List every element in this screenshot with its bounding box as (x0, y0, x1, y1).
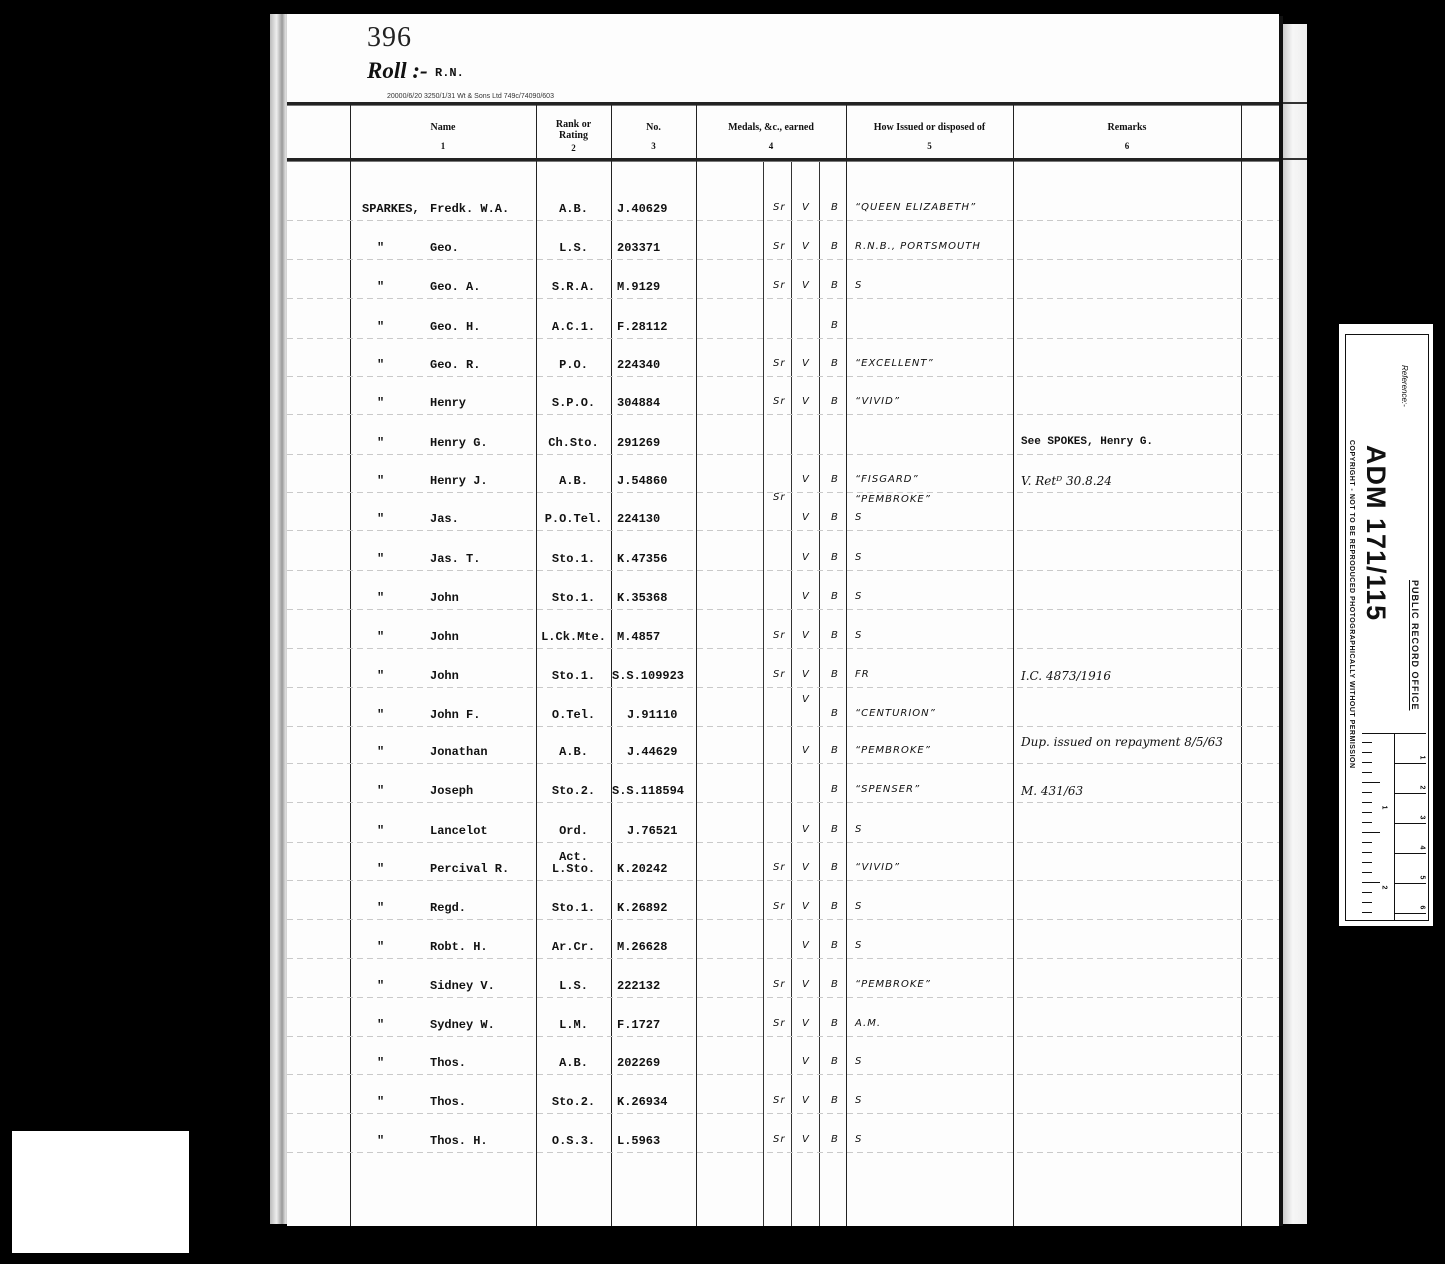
header-name: Name1 (350, 109, 536, 164)
given-name: Sydney W. (430, 1018, 495, 1032)
table-row: "JohnL.Ck.Mte.M.4857SrVBS (287, 630, 1279, 670)
ruled-line (287, 842, 1279, 843)
rank: S.R.A. (536, 280, 611, 294)
ditto-mark: " (377, 940, 384, 954)
ditto-mark: " (377, 708, 384, 722)
british-war-medal-mark: B (831, 320, 839, 331)
victory-medal-mark: V (802, 694, 810, 705)
service-number: K.47356 (617, 552, 667, 566)
how-issued: S (855, 940, 862, 951)
given-name: John (430, 669, 459, 683)
ruler-box: 3 (1395, 794, 1426, 824)
ditto-mark: " (377, 824, 384, 838)
victory-medal-mark: V (802, 979, 810, 990)
british-war-medal-mark: B (831, 512, 839, 523)
given-name: Lancelot (430, 824, 488, 838)
service-number: M.4857 (617, 630, 660, 644)
header-top-rule (287, 102, 1279, 106)
table-row: "HenryS.P.O.304884SrVB“Vivid” (287, 396, 1279, 436)
copyright-notice: COPYRIGHT - NOT TO BE REPRODUCED PHOTOGR… (1348, 440, 1355, 769)
star-medal-mark: Sr (773, 396, 785, 407)
table-row: "Thos. H.O.S.3.L.5963SrVBS (287, 1134, 1279, 1174)
rank: L.M. (536, 1018, 611, 1032)
british-war-medal-mark: B (831, 901, 839, 912)
star-medal-mark: Sr (773, 492, 785, 503)
rank-value: Sto.1. (552, 591, 595, 605)
star-medal-mark: Sr (773, 979, 785, 990)
ruled-line (287, 1074, 1279, 1075)
service-number: J.91110 (627, 708, 677, 722)
service-number: J.44629 (627, 745, 677, 759)
how-issued: S (855, 552, 862, 563)
british-war-medal-mark: B (831, 358, 839, 369)
british-war-medal-mark: B (831, 591, 839, 602)
rank-value: Ch.Sto. (548, 436, 598, 450)
next-page-edge (1283, 24, 1307, 1224)
rank-value: O.Tel. (552, 708, 595, 722)
ruled-line (287, 763, 1279, 764)
remarks: V. Retᴰ 30.8.24 (1021, 474, 1112, 489)
victory-medal-mark: V (802, 358, 810, 369)
given-name: Henry J. (430, 474, 488, 488)
table-row: "JonathanA.B.J.44629VB“Pembroke”Dup. iss… (287, 745, 1279, 785)
ruled-line (287, 997, 1279, 998)
victory-medal-mark: V (802, 241, 810, 252)
how-issued: S (855, 1134, 862, 1145)
surname: SPARKES, (362, 202, 420, 216)
ditto-mark: " (377, 552, 384, 566)
british-war-medal-mark: B (831, 396, 839, 407)
given-name: Fredk. W.A. (430, 202, 509, 216)
header-remarks: Remarks6 (1013, 109, 1241, 164)
star-medal-mark: Sr (773, 901, 785, 912)
ditto-mark: " (377, 358, 384, 372)
rank-value: P.O.Tel. (545, 512, 603, 526)
how-issued: S (855, 1095, 862, 1106)
service-number: 222132 (617, 979, 660, 993)
british-war-medal-mark: B (831, 862, 839, 873)
ditto-mark: " (377, 436, 384, 450)
rank: P.O. (536, 358, 611, 372)
how-issued: S (855, 824, 862, 835)
rank-value: L.S. (559, 979, 588, 993)
british-war-medal-mark: B (831, 630, 839, 641)
rank: Sto.1. (536, 669, 611, 683)
how-issued: “Excellent” (855, 358, 934, 369)
given-name: Henry G. (430, 436, 488, 450)
service-number: J.76521 (627, 824, 677, 838)
service-number: K.26934 (617, 1095, 667, 1109)
page-number: 396 (367, 22, 412, 54)
service-number: S.S.118594 (612, 784, 684, 798)
rank-value: Sto.2. (552, 1095, 595, 1109)
rank: L.Ck.Mte. (536, 630, 611, 644)
british-war-medal-mark: B (831, 1018, 839, 1029)
how-issued: “Spenser” (855, 784, 920, 795)
ditto-mark: " (377, 396, 384, 410)
star-medal-mark: Sr (773, 280, 785, 291)
rank: O.S.3. (536, 1134, 611, 1148)
rank: Sto.2. (536, 1095, 611, 1109)
ruler-cm-label: 2 (1380, 886, 1387, 890)
rank: Ch.Sto. (536, 436, 611, 450)
given-name: Geo. H. (430, 320, 480, 334)
service-number: L.5963 (617, 1134, 660, 1148)
british-war-medal-mark: B (831, 241, 839, 252)
ruled-line (287, 1036, 1279, 1037)
service-number: 304884 (617, 396, 660, 410)
reference-strip: PUBLIC RECORD OFFICE Reference:- ADM 171… (1339, 324, 1433, 926)
ditto-mark: " (377, 1056, 384, 1070)
table-row: "Jas. T.Sto.1.K.47356VBS (287, 552, 1279, 592)
ditto-mark: " (377, 280, 384, 294)
given-name: Geo. A. (430, 280, 480, 294)
how-issued: A.M. (855, 1018, 881, 1029)
victory-medal-mark: V (802, 1018, 810, 1029)
table-row: "Sydney W.L.M.F.1727SrVBA.M. (287, 1018, 1279, 1058)
remarks: I.C. 4873/1916 (1021, 669, 1111, 684)
rank: O.Tel. (536, 708, 611, 722)
how-issued: “Vivid” (855, 396, 900, 407)
given-name: Joseph (430, 784, 473, 798)
table-row: "JohnSto.1.K.35368VBS (287, 591, 1279, 631)
british-war-medal-mark: B (831, 1095, 839, 1106)
table-row: "LancelotOrd.J.76521VBS (287, 824, 1279, 864)
table-row: "Thos.A.B.202269VBS (287, 1056, 1279, 1096)
ruled-line (287, 958, 1279, 959)
service-number: F.28112 (617, 320, 667, 334)
ditto-mark: " (377, 241, 384, 255)
star-medal-mark: Sr (773, 202, 785, 213)
table-row: "JosephSto.2.S.S.118594B“Spenser”M. 431/… (287, 784, 1279, 824)
given-name: Geo. R. (430, 358, 480, 372)
ruled-line (287, 609, 1279, 610)
star-medal-mark: Sr (773, 1095, 785, 1106)
rank: S.P.O. (536, 396, 611, 410)
ditto-mark: " (377, 591, 384, 605)
rank-value: L.M. (559, 1018, 588, 1032)
ruled-line (287, 259, 1279, 260)
rank: A.B. (536, 1056, 611, 1070)
issued-note: “Pembroke” (855, 494, 931, 505)
rank: Act.L.Sto. (536, 862, 611, 876)
how-issued: “Queen Elizabeth” (855, 202, 976, 213)
ditto-mark: " (377, 1095, 384, 1109)
ruled-line (287, 919, 1279, 920)
ruled-line (287, 1152, 1279, 1153)
rank: Sto.1. (536, 901, 611, 915)
how-issued: “Fisgard” (855, 474, 919, 485)
given-name: Robt. H. (430, 940, 488, 954)
star-medal-mark: Sr (773, 669, 785, 680)
printer-line: 20000/6/20 3250/1/31 Wt & Sons Ltd 749c/… (387, 93, 554, 100)
star-medal-mark: Sr (773, 1018, 785, 1029)
victory-medal-mark: V (802, 824, 810, 835)
given-name: Jas. (430, 512, 459, 526)
ruler-box: 5 (1395, 854, 1426, 884)
given-name: Sidney V. (430, 979, 495, 993)
rank-value: Ar.Cr. (552, 940, 595, 954)
victory-medal-mark: V (802, 552, 810, 563)
victory-medal-mark: V (802, 630, 810, 641)
given-name: John (430, 630, 459, 644)
roll-value: R.N. (435, 66, 464, 80)
table-row: "JohnSto.1.S.S.109923SrVBFrI.C. 4873/191… (287, 669, 1279, 709)
ditto-mark: " (377, 745, 384, 759)
reference-label: Reference:- (1400, 365, 1409, 407)
given-name: Thos. (430, 1095, 466, 1109)
given-name: Henry (430, 396, 466, 410)
table-row: "Jas.P.O.Tel.224130SrVB“Pembroke”S (287, 512, 1279, 552)
service-number: K.35368 (617, 591, 667, 605)
british-war-medal-mark: B (831, 280, 839, 291)
rank: L.S. (536, 979, 611, 993)
how-issued: “Vivid” (855, 862, 900, 873)
rank-value: P.O. (559, 358, 588, 372)
british-war-medal-mark: B (831, 979, 839, 990)
rank: P.O.Tel. (536, 512, 611, 526)
rank-value: O.S.3. (552, 1134, 595, 1148)
rank-value: Sto.1. (552, 901, 595, 915)
service-number: K.26892 (617, 901, 667, 915)
british-war-medal-mark: B (831, 824, 839, 835)
table-row: "Henry G.Ch.Sto.291269See SPOKES, Henry … (287, 436, 1279, 476)
given-name: Regd. (430, 901, 466, 915)
victory-medal-mark: V (802, 862, 810, 873)
ruler-cm-label: 1 (1380, 806, 1387, 810)
victory-medal-mark: V (802, 901, 810, 912)
how-issued: R.N.B., Portsmouth (855, 241, 981, 252)
rank: Sto.1. (536, 552, 611, 566)
service-number: M.9129 (617, 280, 660, 294)
record-office-label: PUBLIC RECORD OFFICE (1410, 580, 1420, 711)
ruled-line (287, 376, 1279, 377)
victory-medal-mark: V (802, 940, 810, 951)
victory-medal-mark: V (802, 591, 810, 602)
how-issued: Fr (855, 669, 870, 680)
rank-value: Ord. (559, 824, 588, 838)
ledger-page: 396 Roll :- R.N. 20000/6/20 3250/1/31 Wt… (287, 14, 1279, 1226)
ruled-line (287, 298, 1279, 299)
rank-value: A.B. (559, 202, 588, 216)
rank-value: A.B. (559, 745, 588, 759)
ruled-line (287, 648, 1279, 649)
ruler-box: 2 (1395, 764, 1426, 794)
table-row: "Robt. H.Ar.Cr.M.26628VBS (287, 940, 1279, 980)
ditto-mark: " (377, 901, 384, 915)
given-name: Thos. (430, 1056, 466, 1070)
british-war-medal-mark: B (831, 202, 839, 213)
british-war-medal-mark: B (831, 552, 839, 563)
reference-code: ADM 171/115 (1360, 445, 1391, 621)
victory-medal-mark: V (802, 474, 810, 485)
ruled-line (287, 220, 1279, 221)
ditto-mark: " (377, 630, 384, 644)
british-war-medal-mark: B (831, 784, 839, 795)
rank-value: Sto.1. (552, 669, 595, 683)
table-row: "Geo. H.A.C.1.F.28112B (287, 320, 1279, 360)
service-number: 224340 (617, 358, 660, 372)
ditto-mark: " (377, 1018, 384, 1032)
header-how-issued: How Issued or disposed of5 (846, 109, 1013, 164)
star-medal-mark: Sr (773, 862, 785, 873)
victory-medal-mark: V (802, 1095, 810, 1106)
header-rank: Rank or Rating2 (536, 109, 611, 164)
ruled-line (287, 687, 1279, 688)
victory-medal-mark: V (802, 202, 810, 213)
how-issued: S (855, 1056, 862, 1067)
victory-medal-mark: V (802, 396, 810, 407)
how-issued: S (855, 901, 862, 912)
victory-medal-mark: V (802, 1134, 810, 1145)
rank-value: Sto.2. (552, 784, 595, 798)
ruled-line (287, 802, 1279, 803)
victory-medal-mark: V (802, 669, 810, 680)
rank: A.C.1. (536, 320, 611, 334)
how-issued: S (855, 630, 862, 641)
table-row: "Geo.L.S.203371SrVBR.N.B., Portsmouth (287, 241, 1279, 281)
rank-value: S.P.O. (552, 396, 595, 410)
ruled-line (287, 726, 1279, 727)
rank: A.B. (536, 474, 611, 488)
table-row: "Regd.Sto.1.K.26892SrVBS (287, 901, 1279, 941)
table-row: "Geo. A.S.R.A.M.9129SrVBS (287, 280, 1279, 320)
star-medal-mark: Sr (773, 630, 785, 641)
british-war-medal-mark: B (831, 940, 839, 951)
service-number: M.26628 (617, 940, 667, 954)
ruled-line (287, 530, 1279, 531)
rank-value: L.Ck.Mte. (541, 630, 606, 644)
given-name: Percival R. (430, 862, 509, 876)
ditto-mark: " (377, 669, 384, 683)
how-issued: “Pembroke” (855, 745, 931, 756)
how-issued: S (855, 512, 862, 523)
rank-value: A.B. (559, 474, 588, 488)
given-name: Thos. H. (430, 1134, 488, 1148)
service-number: F.1727 (617, 1018, 660, 1032)
given-name: Geo. (430, 241, 459, 255)
ditto-mark: " (377, 862, 384, 876)
how-issued: S (855, 591, 862, 602)
scale-ruler: 12123456 (1362, 733, 1426, 921)
service-number: 202269 (617, 1056, 660, 1070)
ditto-mark: " (377, 784, 384, 798)
remarks: See SPOKES, Henry G. (1021, 436, 1153, 448)
star-medal-mark: Sr (773, 241, 785, 252)
rank-value: L.S. (559, 241, 588, 255)
table-row: "Percival R.Act.L.Sto.K.20242SrVB“Vivid” (287, 862, 1279, 902)
victory-medal-mark: V (802, 280, 810, 291)
rank-value: L.Sto. (552, 862, 595, 876)
star-medal-mark: Sr (773, 1134, 785, 1145)
star-medal-mark: Sr (773, 358, 785, 369)
given-name: John (430, 591, 459, 605)
service-number: 224130 (617, 512, 660, 526)
service-number: J.40629 (617, 202, 667, 216)
header-medals: Medals, &c., earned4 (696, 109, 846, 164)
rank: A.B. (536, 202, 611, 216)
ruled-line (287, 570, 1279, 571)
ruler-box: 4 (1395, 824, 1426, 854)
roll-label: Roll :- (367, 58, 428, 84)
ditto-mark: " (377, 320, 384, 334)
table-row: "Sidney V.L.S.222132SrVB“Pembroke” (287, 979, 1279, 1019)
how-issued: “Centurion” (855, 708, 936, 719)
table-row: SPARKES,Fredk. W.A.A.B.J.40629SrVB“Queen… (287, 202, 1279, 242)
rank: L.S. (536, 241, 611, 255)
ditto-mark: " (377, 512, 384, 526)
rank-value: Sto.1. (552, 552, 595, 566)
rank: Sto.1. (536, 591, 611, 605)
rank-value: S.R.A. (552, 280, 595, 294)
british-war-medal-mark: B (831, 669, 839, 680)
blank-label-box (12, 1131, 189, 1253)
given-name: Jas. T. (430, 552, 480, 566)
british-war-medal-mark: B (831, 1134, 839, 1145)
service-number: K.20242 (617, 862, 667, 876)
how-issued: S (855, 280, 862, 291)
rank: Sto.2. (536, 784, 611, 798)
british-war-medal-mark: B (831, 474, 839, 485)
service-number: J.54860 (617, 474, 667, 488)
given-name: Jonathan (430, 745, 488, 759)
rank: Ord. (536, 824, 611, 838)
victory-medal-mark: V (802, 512, 810, 523)
ruler-box: 1 (1395, 734, 1426, 764)
rank: Ar.Cr. (536, 940, 611, 954)
ruled-line (287, 454, 1279, 455)
british-war-medal-mark: B (831, 745, 839, 756)
british-war-medal-mark: B (831, 1056, 839, 1067)
ruled-line (287, 414, 1279, 415)
remarks: M. 431/63 (1021, 784, 1083, 799)
victory-medal-mark: V (802, 745, 810, 756)
remarks: Dup. issued on repayment 8/5/63 (1021, 735, 1223, 750)
rank-value: A.C.1. (552, 320, 595, 334)
ruled-line (287, 880, 1279, 881)
table-row: "Thos.Sto.2.K.26934SrVBS (287, 1095, 1279, 1135)
service-number: 203371 (617, 241, 660, 255)
ditto-mark: " (377, 1134, 384, 1148)
rank-prefix: Act. (536, 850, 611, 864)
rank: A.B. (536, 745, 611, 759)
ruler-box: 6 (1395, 884, 1426, 914)
rank-value: A.B. (559, 1056, 588, 1070)
header-number: No.3 (611, 109, 696, 164)
how-issued: “Pembroke” (855, 979, 931, 990)
ditto-mark: " (377, 979, 384, 993)
victory-medal-mark: V (802, 1056, 810, 1067)
service-number: S.S.109923 (612, 669, 684, 683)
ruled-line (287, 338, 1279, 339)
ditto-mark: " (377, 474, 384, 488)
service-number: 291269 (617, 436, 660, 450)
table-row: "Geo. R.P.O.224340SrVB“Excellent” (287, 358, 1279, 398)
ruled-line (287, 1113, 1279, 1114)
given-name: John F. (430, 708, 480, 722)
british-war-medal-mark: B (831, 708, 839, 719)
